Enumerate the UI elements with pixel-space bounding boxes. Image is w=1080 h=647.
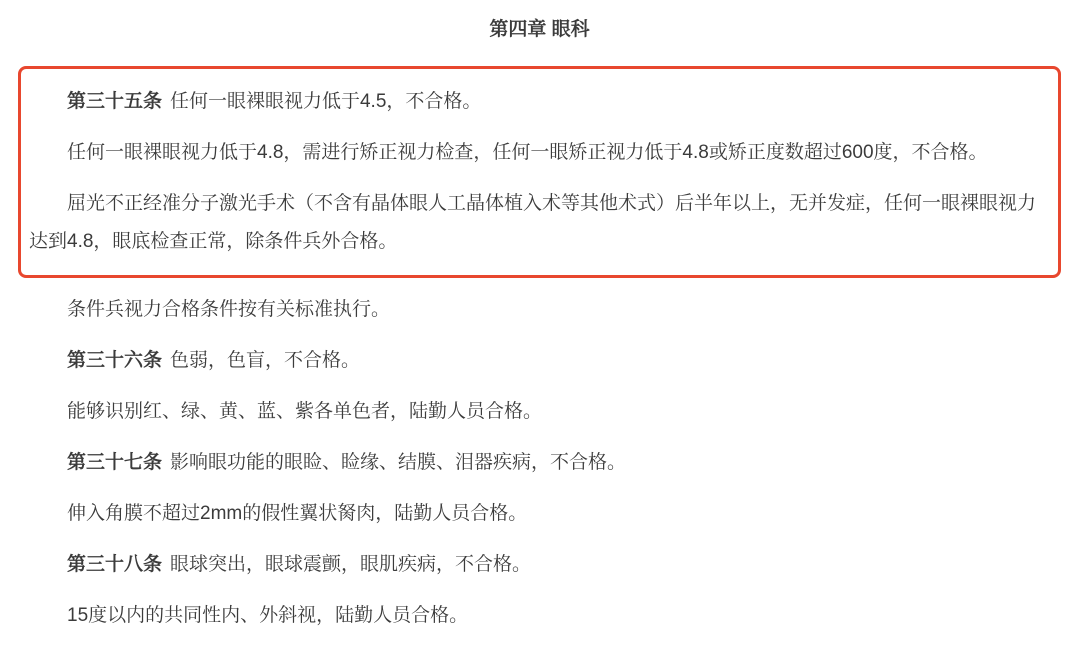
article-text: 任何一眼裸眼视力低于4.5，不合格。 (170, 91, 481, 112)
article-text: 能够识别红、绿、黄、蓝、紫各单色者，陆勤人员合格。 (67, 401, 542, 422)
article-paragraph: 伸入角膜不超过2mm的假性翼状胬肉，陆勤人员合格。 (29, 495, 1050, 533)
article-text: 15度以内的共同性内、外斜视，陆勤人员合格。 (67, 605, 468, 626)
article-text: 任何一眼裸眼视力低于4.8，需进行矫正视力检查，任何一眼矫正视力低于4.8或矫正… (67, 142, 988, 163)
page-title: 第四章 眼科 (29, 11, 1050, 49)
article-text: 条件兵视力合格条件按有关标准执行。 (67, 299, 390, 320)
article-term: 第三十六条 (67, 350, 170, 371)
article-paragraph: 能够识别红、绿、黄、蓝、紫各单色者，陆勤人员合格。 (29, 393, 1050, 431)
article-text: 色弱，色盲，不合格。 (170, 350, 360, 371)
article-text: 眼球突出，眼球震颤，眼肌疾病，不合格。 (170, 554, 531, 575)
article-paragraph: 第三十六条色弱，色盲，不合格。 (29, 342, 1050, 380)
article-text: 影响眼功能的眼睑、睑缘、结膜、泪器疾病，不合格。 (170, 452, 626, 473)
article-text: 伸入角膜不超过2mm的假性翼状胬肉，陆勤人员合格。 (67, 503, 527, 524)
article-paragraph: 条件兵视力合格条件按有关标准执行。 (29, 291, 1050, 329)
article-paragraph: 第三十七条影响眼功能的眼睑、睑缘、结膜、泪器疾病，不合格。 (29, 444, 1050, 482)
highlight-box: 第三十五条任何一眼裸眼视力低于4.5，不合格。 任何一眼裸眼视力低于4.8，需进… (18, 66, 1061, 278)
article-paragraph: 屈光不正经准分子激光手术（不含有晶体眼人工晶体植入术等其他术式）后半年以上，无并… (29, 185, 1050, 261)
article-paragraph: 任何一眼裸眼视力低于4.8，需进行矫正视力检查，任何一眼矫正视力低于4.8或矫正… (29, 134, 1050, 172)
article-term: 第三十七条 (67, 452, 170, 473)
article-text: 屈光不正经准分子激光手术（不含有晶体眼人工晶体植入术等其他术式）后半年以上，无并… (29, 193, 1036, 252)
document-body: 第四章 眼科 第三十五条任何一眼裸眼视力低于4.5，不合格。 任何一眼裸眼视力低… (0, 0, 1080, 635)
article-paragraph: 第三十八条眼球突出，眼球震颤，眼肌疾病，不合格。 (29, 546, 1050, 584)
article-term: 第三十八条 (67, 554, 170, 575)
article-paragraph: 第三十五条任何一眼裸眼视力低于4.5，不合格。 (29, 83, 1050, 121)
article-term: 第三十五条 (67, 91, 170, 112)
article-paragraph: 15度以内的共同性内、外斜视，陆勤人员合格。 (29, 597, 1050, 635)
